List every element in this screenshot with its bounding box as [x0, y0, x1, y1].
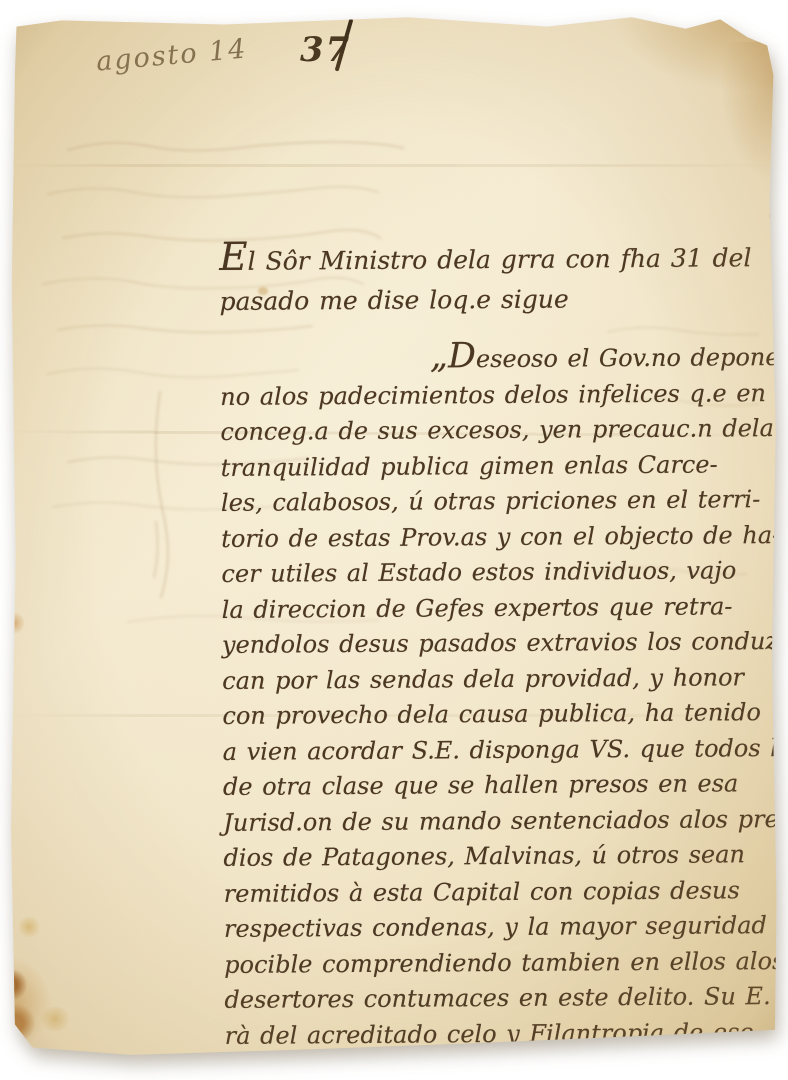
intro-line: pasado me dise loq.e sigue [219, 278, 775, 322]
manuscript-line: remitidos à esta Capital con copias desu… [224, 873, 780, 912]
intro-line: El Sôr Ministro dela grra con fha 31 del [219, 238, 775, 282]
manuscript-line: les, calabosos, ú otras priciones en el … [221, 482, 777, 521]
paper-stain [604, 2, 784, 97]
manuscript-line: pocible comprendiendo tambien en ellos a… [224, 944, 780, 983]
manuscript-line: desertores contumaces en este delito. Su… [224, 979, 780, 1018]
manuscript-line: a vien acordar S.E. disponga VS. que tod… [223, 731, 779, 770]
manuscript-text: El Sôr Ministro dela grra con fha 31 del… [219, 238, 781, 1054]
manuscript-line: respectivas condenas, y la mayor segurid… [224, 908, 780, 947]
paper-stain [0, 956, 52, 1052]
date-annotation: agosto 14 [95, 33, 249, 77]
manuscript-line: rà del acreditado celo y Filantropia de … [225, 1015, 781, 1054]
paper-stain [770, 212, 778, 220]
intro-paragraph: El Sôr Ministro dela grra con fha 31 del… [219, 238, 776, 322]
manuscript-line: dios de Patagones, Malvinas, ú otros sea… [223, 837, 779, 876]
paper-stain [16, 917, 42, 937]
manuscript-line: Jurisd.on de su mando sentenciados alos … [223, 802, 779, 841]
manuscript-line: no alos padecimientos delos infelices q.… [220, 376, 776, 415]
manuscript-line: conceg.a de sus excesos, yen precauc.n d… [220, 411, 776, 450]
paper-stain [720, 42, 780, 182]
manuscript-line: „Deseoso el Gov.no deponer termi- [220, 340, 776, 379]
manuscript-line: con provecho dela causa publica, ha teni… [222, 695, 778, 734]
manuscript-line: cer utiles al Estado estos individuos, v… [221, 553, 777, 592]
manuscript-page: agosto 14 37 El Sôr Ministro dela grra c… [8, 12, 778, 1058]
scanned-document: agosto 14 37 El Sôr Ministro dela grra c… [0, 0, 788, 1080]
manuscript-line: yendolos desus pasados extravios los con… [222, 624, 778, 663]
quoted-order-paragraph: „Deseoso el Gov.no deponer termi- no alo… [220, 340, 781, 1054]
paper-stain [38, 1007, 72, 1031]
manuscript-line: la direccion de Gefes expertos que retra… [222, 589, 778, 628]
paper-crease [8, 164, 778, 167]
manuscript-line: tranquilidad publica gimen enlas Carce- [221, 447, 777, 486]
manuscript-line: de otra clase que se hallen presos en es… [223, 766, 779, 805]
manuscript-line: can por las sendas dela providad, y hono… [222, 660, 778, 699]
manuscript-line: torio de estas Prov.as y con el objecto … [221, 518, 777, 557]
paper-stain [4, 610, 24, 636]
